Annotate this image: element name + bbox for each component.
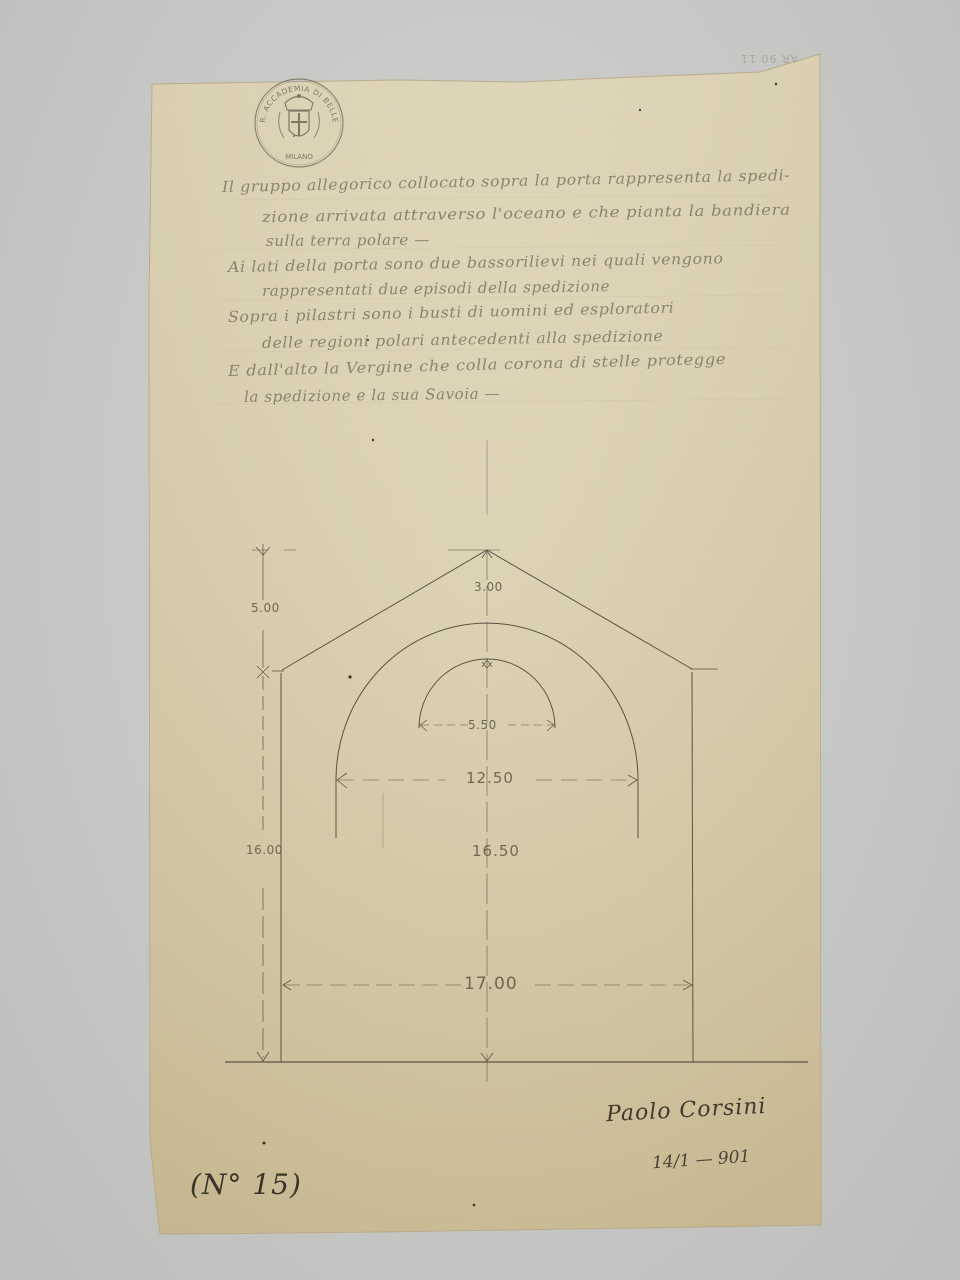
dim-arch-height: 16.50 — [472, 842, 520, 860]
note-line: delle regioni polari antecedenti alla sp… — [262, 327, 664, 352]
signature: Paolo Corsini — [605, 1094, 767, 1127]
note-line: zione arrivata attraverso l'oceano e che… — [262, 201, 791, 226]
document-sheet: R. ACCADEMIA DI BELLE ARTI MILANO — [0, 0, 960, 1280]
note-line: la spedizione e la sua Savoia — — [244, 384, 500, 406]
dim-pediment-height: 5.00 — [251, 601, 280, 615]
document-number: (N° 15) — [190, 1168, 302, 1201]
note-line: rappresentati due episodi della spedizio… — [262, 277, 610, 300]
archive-code: AR 90 11 — [740, 52, 798, 65]
signature-date: 14/1 — 901 — [651, 1147, 751, 1174]
dim-arch-width: 12.50 — [466, 769, 514, 787]
note-line: Ai lati della porta sono due bassoriliev… — [228, 249, 724, 276]
note-line: Il gruppo allegorico collocato sopra la … — [222, 166, 791, 196]
note-line: sulla terra polare — — [266, 231, 430, 250]
text-layer: AR 90 11 Il gruppo allegorico collocato … — [0, 0, 960, 1280]
dim-wall-height: 16.00 — [246, 843, 283, 857]
dim-lunette-width: 5.50 — [468, 718, 497, 732]
note-line: Sopra i pilastri sono i busti di uomini … — [228, 299, 675, 326]
note-line: E dall'alto la Vergine che colla corona … — [228, 350, 727, 380]
dim-total-width: 17.00 — [464, 974, 518, 994]
dim-gable-rise: 3.00 — [474, 580, 503, 594]
